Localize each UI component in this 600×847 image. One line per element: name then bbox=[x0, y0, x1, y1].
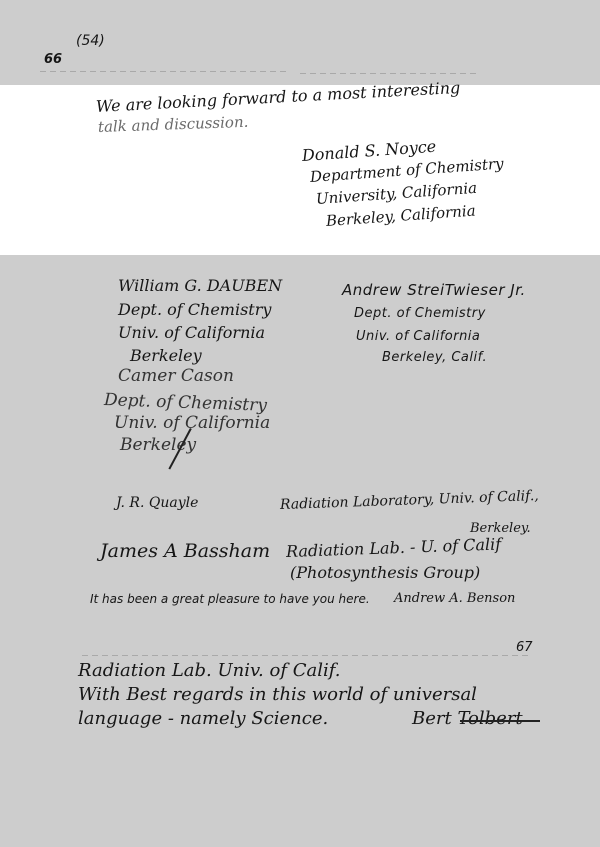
tolbert-signature: Bert Tolbert bbox=[412, 708, 523, 729]
streitwieser-name: Andrew StreiTwieser Jr. bbox=[342, 281, 526, 299]
page-number-top: 66 bbox=[44, 52, 62, 67]
dauben-affiliation-3: Berkeley bbox=[130, 346, 202, 365]
bassham-affiliation: Radiation Lab. - U. of Calif bbox=[286, 534, 502, 561]
signature-underline bbox=[460, 720, 540, 722]
scan-line-top bbox=[40, 71, 290, 72]
scan-line-bottom bbox=[82, 655, 532, 656]
dauben-affiliation-1: Dept. of Chemistry bbox=[118, 300, 271, 319]
tolbert-note-line1: Radiation Lab. Univ. of Calif. bbox=[78, 660, 340, 681]
dauben-affiliation-2: Univ. of California bbox=[118, 323, 265, 342]
tolbert-note-line2: With Best regards in this world of unive… bbox=[78, 684, 477, 705]
bassham-group: (Photosynthesis Group) bbox=[290, 563, 480, 582]
streitwieser-affiliation-1: Dept. of Chemistry bbox=[354, 306, 486, 321]
second-signer-affiliation-1: Dept. of Chemistry bbox=[104, 390, 268, 416]
streitwieser-affiliation-2: Univ. of California bbox=[356, 329, 480, 344]
second-signer-name: Camer Cason bbox=[118, 366, 234, 386]
benson-note-text: It has been a great pleasure to have you… bbox=[90, 592, 370, 606]
quayle-name: J. R. Quayle bbox=[116, 495, 198, 511]
benson-signature: Andrew A. Benson bbox=[394, 591, 515, 606]
page-number-bottom: 67 bbox=[516, 640, 533, 655]
bassham-name: James A Bassham bbox=[100, 540, 270, 562]
scan-line-top-2 bbox=[300, 73, 480, 74]
streitwieser-affiliation-3: Berkeley, Calif. bbox=[382, 350, 487, 365]
noyce-note-band bbox=[0, 85, 600, 255]
quayle-affiliation: Radiation Laboratory, Univ. of Calif., bbox=[280, 488, 539, 513]
tolbert-note-line3: language - namely Science. bbox=[78, 708, 328, 729]
guestbook-page: 66 (54) We are looking forward to a most… bbox=[0, 0, 600, 847]
second-signer-affiliation-2: Univ. of California bbox=[114, 413, 270, 433]
page-bracket-number: (54) bbox=[76, 33, 105, 49]
dauben-name: William G. DAUBEN bbox=[118, 276, 282, 295]
